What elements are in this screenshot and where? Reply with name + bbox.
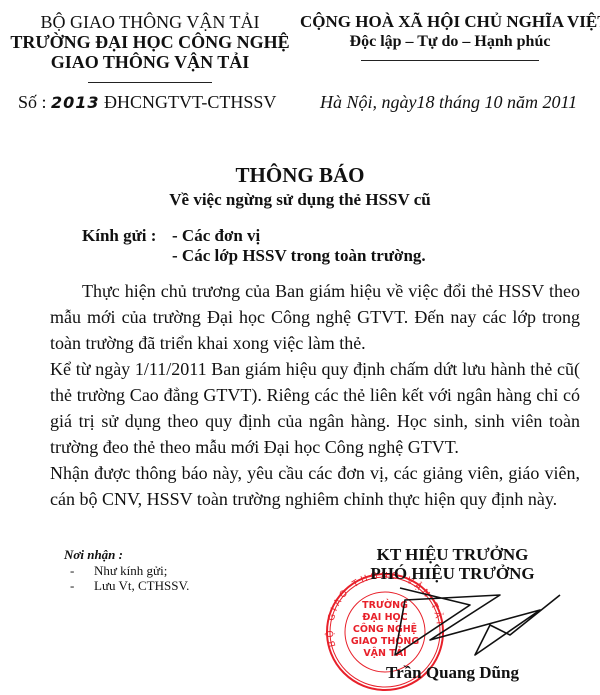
motto-divider [361, 60, 539, 61]
document-body: Thực hiện chủ trương của Ban giám hiệu v… [50, 278, 580, 512]
body-paragraph: Kể từ ngày 1/11/2011 Ban giám hiệu quy đ… [50, 356, 580, 460]
national-motto: Độc lập – Tự do – Hạnh phúc [300, 32, 600, 52]
reference-handwritten-number: 2013 [51, 93, 100, 112]
national-header: CỘNG HOÀ XÃ HỘI CHỦ NGHĨA VIỆT NAM Độc l… [300, 12, 600, 61]
signer-title-line2: PHÓ HIỆU TRƯỞNG [320, 564, 585, 584]
body-paragraph: Nhận được thông báo này, yêu cầu các đơn… [50, 460, 580, 512]
signature-icon [380, 580, 570, 660]
signer-title-line1: KT HIỆU TRƯỞNG [320, 545, 585, 565]
issuer-header: BỘ GIAO THÔNG VẬN TẢI TRƯỜNG ĐẠI HỌC CÔN… [0, 12, 300, 83]
distribution-item: -Lưu Vt, CTHSSV. [70, 578, 189, 594]
reference-prefix: Số : [18, 92, 51, 112]
signer-name: Trần Quang Dũng [320, 663, 585, 683]
recipient-item: - Các lớp HSSV trong toàn trường. [172, 246, 426, 266]
distribution-item-text: Lưu Vt, CTHSSV. [94, 578, 189, 593]
document-title: THÔNG BÁO [0, 163, 600, 188]
recipients-label: Kính gửi : [82, 226, 156, 246]
distribution-item-text: Như kính gửi; [94, 563, 167, 578]
issuer-divider [88, 82, 212, 83]
country-name: CỘNG HOÀ XÃ HỘI CHỦ NGHĨA VIỆT NAM [300, 12, 600, 32]
reference-number: Số : 2013 ĐHCNGTVT-CTHSSV [18, 92, 276, 113]
school-name-line1: TRƯỜNG ĐẠI HỌC CÔNG NGHỆ [0, 32, 300, 52]
place-date: Hà Nội, ngày18 tháng 10 năm 2011 [320, 92, 577, 113]
distribution-item: -Như kính gửi; [70, 563, 167, 579]
recipient-item: - Các đơn vị [172, 226, 260, 246]
school-name-line2: GIAO THÔNG VẬN TẢI [0, 52, 300, 72]
distribution-label: Nơi nhận : [64, 547, 123, 563]
document-subtitle: Về việc ngừng sử dụng thẻ HSSV cũ [0, 190, 600, 210]
reference-code: ĐHCNGTVT-CTHSSV [100, 92, 277, 112]
body-paragraph: Thực hiện chủ trương của Ban giám hiệu v… [50, 278, 580, 356]
ministry-name: BỘ GIAO THÔNG VẬN TẢI [0, 12, 300, 32]
